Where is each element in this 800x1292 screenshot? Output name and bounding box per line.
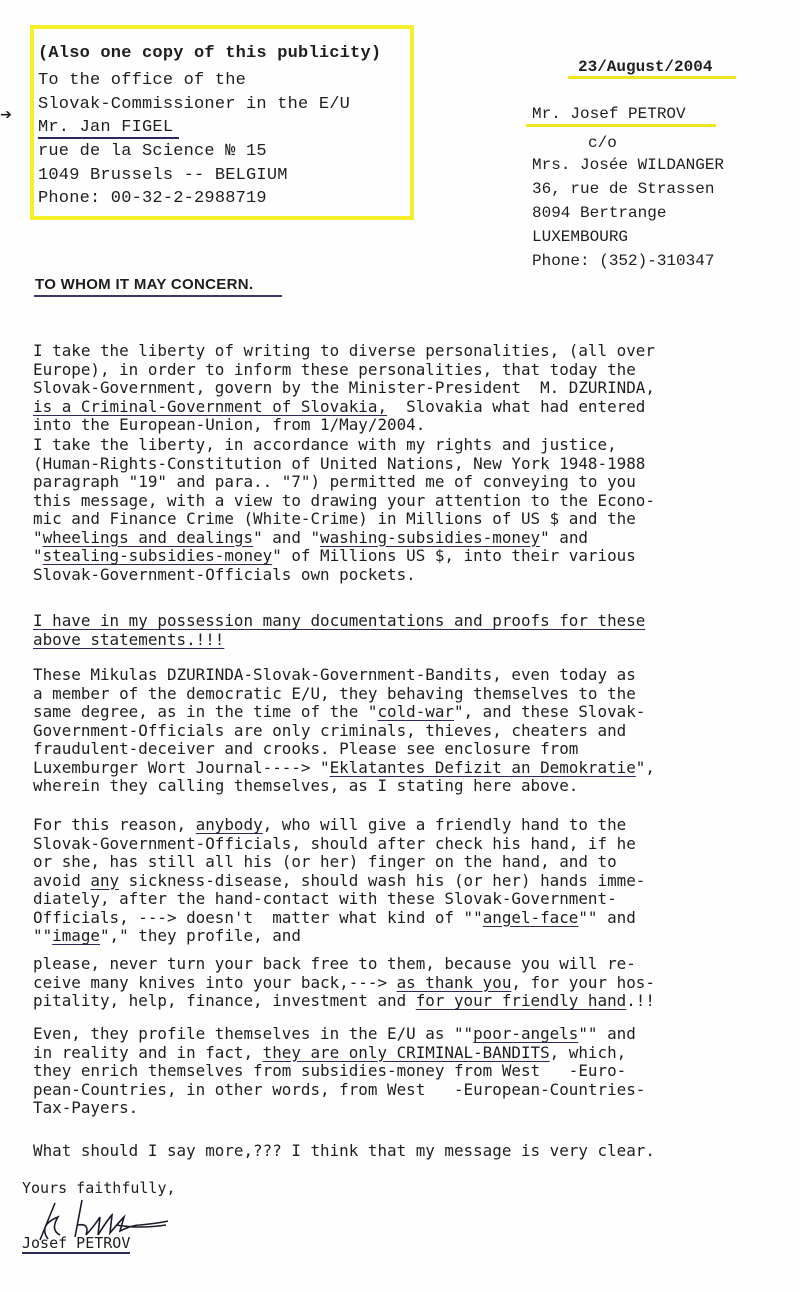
- paragraph-angels: Even, they profile themselves in the E/U…: [33, 1025, 768, 1118]
- underlined-phrase: stealing-subsidies-money: [43, 546, 273, 565]
- paragraph-rights: I take the liberty, in accordance with m…: [33, 436, 768, 584]
- salutation: TO WHOM IT MAY CONCERN.: [35, 276, 253, 293]
- sender-line: 8094 Bertrange: [532, 204, 666, 222]
- paragraph-line: please, never turn your back free to the…: [33, 955, 768, 974]
- paragraph-line: wherein they calling themselves, as I st…: [33, 777, 768, 796]
- underlined-phrase: anybody: [196, 815, 263, 834]
- paragraph-line: above statements.!!!: [33, 631, 768, 650]
- paragraph-line: ceive many knives into your back,---> as…: [33, 974, 768, 993]
- letter-page: ➔ (Also one copy of this publicity) To t…: [0, 0, 800, 1292]
- paragraph-line: mic and Finance Crime (White-Crime) in M…: [33, 510, 768, 529]
- recipient-name: Mr. Jan FIGEL: [38, 118, 179, 139]
- underlined-phrase: as thank you: [397, 973, 512, 992]
- recipient-note: (Also one copy of this publicity): [38, 44, 381, 63]
- paragraph-line: Slovak-Government-Officials own pockets.: [33, 566, 768, 585]
- paragraph-line: I take the liberty, in accordance with m…: [33, 436, 768, 455]
- underlined-phrase: cold-war: [377, 702, 454, 721]
- paragraph-line: For this reason, anybody, who will give …: [33, 816, 768, 835]
- paragraph-line: Even, they profile themselves in the E/U…: [33, 1025, 768, 1044]
- paragraph-line: pitality, help, finance, investment and …: [33, 992, 768, 1011]
- paragraph-line: paragraph "19" and para.. "7") permitted…: [33, 473, 768, 492]
- paragraph-line: (Human-Rights-Constitution of United Nat…: [33, 455, 768, 474]
- paragraph-line: fraudulent-deceiver and crooks. Please s…: [33, 740, 768, 759]
- paragraph-line: Tax-Payers.: [33, 1099, 768, 1118]
- recipient-line: Slovak-Commissioner in the E/U: [38, 95, 350, 114]
- paragraph-line: a member of the democratic E/U, they beh…: [33, 685, 768, 704]
- sender-name: Mr. Josef PETROV: [532, 105, 686, 123]
- sender-line: 36, rue de Strassen: [532, 180, 714, 198]
- underlined-phrase: any: [90, 871, 119, 890]
- paragraph-conclusion: What should I say more,??? I think that …: [33, 1142, 768, 1161]
- paragraph-evidence: I have in my possession many documentati…: [33, 612, 768, 649]
- underlined-phrase: for your friendly hand: [416, 991, 626, 1010]
- paragraph-line: "wheelings and dealings" and "washing-su…: [33, 529, 768, 548]
- arrow-right-icon: ➔: [0, 102, 12, 128]
- underlined-phrase: image: [52, 926, 100, 945]
- underlined-phrase: wheelings and dealings: [43, 528, 253, 547]
- paragraph-line: Slovak-Government, govern by the Ministe…: [33, 379, 768, 398]
- paragraph-line: Luxemburger Wort Journal----> "Eklatante…: [33, 759, 768, 778]
- paragraph-line: in reality and in fact, they are only CR…: [33, 1044, 768, 1063]
- paragraph-bandits: These Mikulas DZURINDA-Slovak-Government…: [33, 666, 768, 796]
- recipient-line: rue de la Science № 15: [38, 142, 267, 161]
- sender-name-highlight: [526, 124, 716, 127]
- underlined-phrase: they are only CRIMINAL-BANDITS: [263, 1043, 550, 1062]
- paragraph-line: pean-Countries, in other words, from Wes…: [33, 1081, 768, 1100]
- paragraph-line: I have in my possession many documentati…: [33, 612, 768, 631]
- paragraph-line: same degree, as in the time of the "cold…: [33, 703, 768, 722]
- salutation-underline: [34, 295, 282, 297]
- paragraph-line: Government-Officials are only criminals,…: [33, 722, 768, 741]
- underlined-phrase: poor-angels: [473, 1024, 578, 1043]
- paragraph-line: is a Criminal-Government of Slovakia, Sl…: [33, 398, 768, 417]
- paragraph-line: I take the liberty of writing to diverse…: [33, 342, 768, 361]
- underlined-phrase: I have in my possession many documentati…: [33, 611, 645, 630]
- paragraph-hand: For this reason, anybody, who will give …: [33, 816, 768, 946]
- paragraph-line: What should I say more,??? I think that …: [33, 1142, 768, 1161]
- underlined-phrase: Eklatantes Defizit an Demokratie: [330, 758, 636, 777]
- underlined-phrase: washing-subsidies-money: [320, 528, 540, 547]
- paragraph-line: or she, has still all his (or her) finge…: [33, 853, 768, 872]
- recipient-line: 1049 Brussels -- BELGIUM: [38, 166, 288, 185]
- recipient-phone: Phone: 00-32-2-2988719: [38, 189, 267, 208]
- paragraph-line: they enrich themselves from subsidies-mo…: [33, 1062, 768, 1081]
- paragraph-line: this message, with a view to drawing you…: [33, 492, 768, 511]
- sender-country: LUXEMBOURG: [532, 228, 628, 246]
- paragraph-line: ""image"," they profile, and: [33, 927, 768, 946]
- paragraph-line: Officials, ---> doesn't matter what kind…: [33, 909, 768, 928]
- recipient-line: To the office of the: [38, 71, 246, 90]
- paragraph-line: Europe), in order to inform these person…: [33, 361, 768, 380]
- paragraph-line: Slovak-Government-Officials, should afte…: [33, 835, 768, 854]
- underlined-phrase: above statements.!!!: [33, 630, 224, 649]
- sender-care-of: c/o: [588, 134, 617, 152]
- sender-line: Mrs. Josée WILDANGER: [532, 156, 724, 174]
- sender-phone: Phone: (352)-310347: [532, 252, 714, 270]
- letter-date: 23/August/2004: [578, 58, 712, 76]
- signer-name: Josef PETROV: [22, 1234, 130, 1254]
- paragraph-intro: I take the liberty of writing to diverse…: [33, 342, 768, 435]
- underlined-phrase: angel-face: [483, 908, 579, 927]
- paragraph-line: diately, after the hand-contact with the…: [33, 890, 768, 909]
- paragraph-line: These Mikulas DZURINDA-Slovak-Government…: [33, 666, 768, 685]
- paragraph-line: into the European-Union, from 1/May/2004…: [33, 416, 768, 435]
- date-highlight: [568, 76, 736, 79]
- underlined-phrase: is a Criminal-Government of Slovakia,: [33, 397, 387, 416]
- paragraph-line: "stealing-subsidies-money" of Millions U…: [33, 547, 768, 566]
- paragraph-line: avoid any sickness-disease, should wash …: [33, 872, 768, 891]
- paragraph-back: please, never turn your back free to the…: [33, 955, 768, 1011]
